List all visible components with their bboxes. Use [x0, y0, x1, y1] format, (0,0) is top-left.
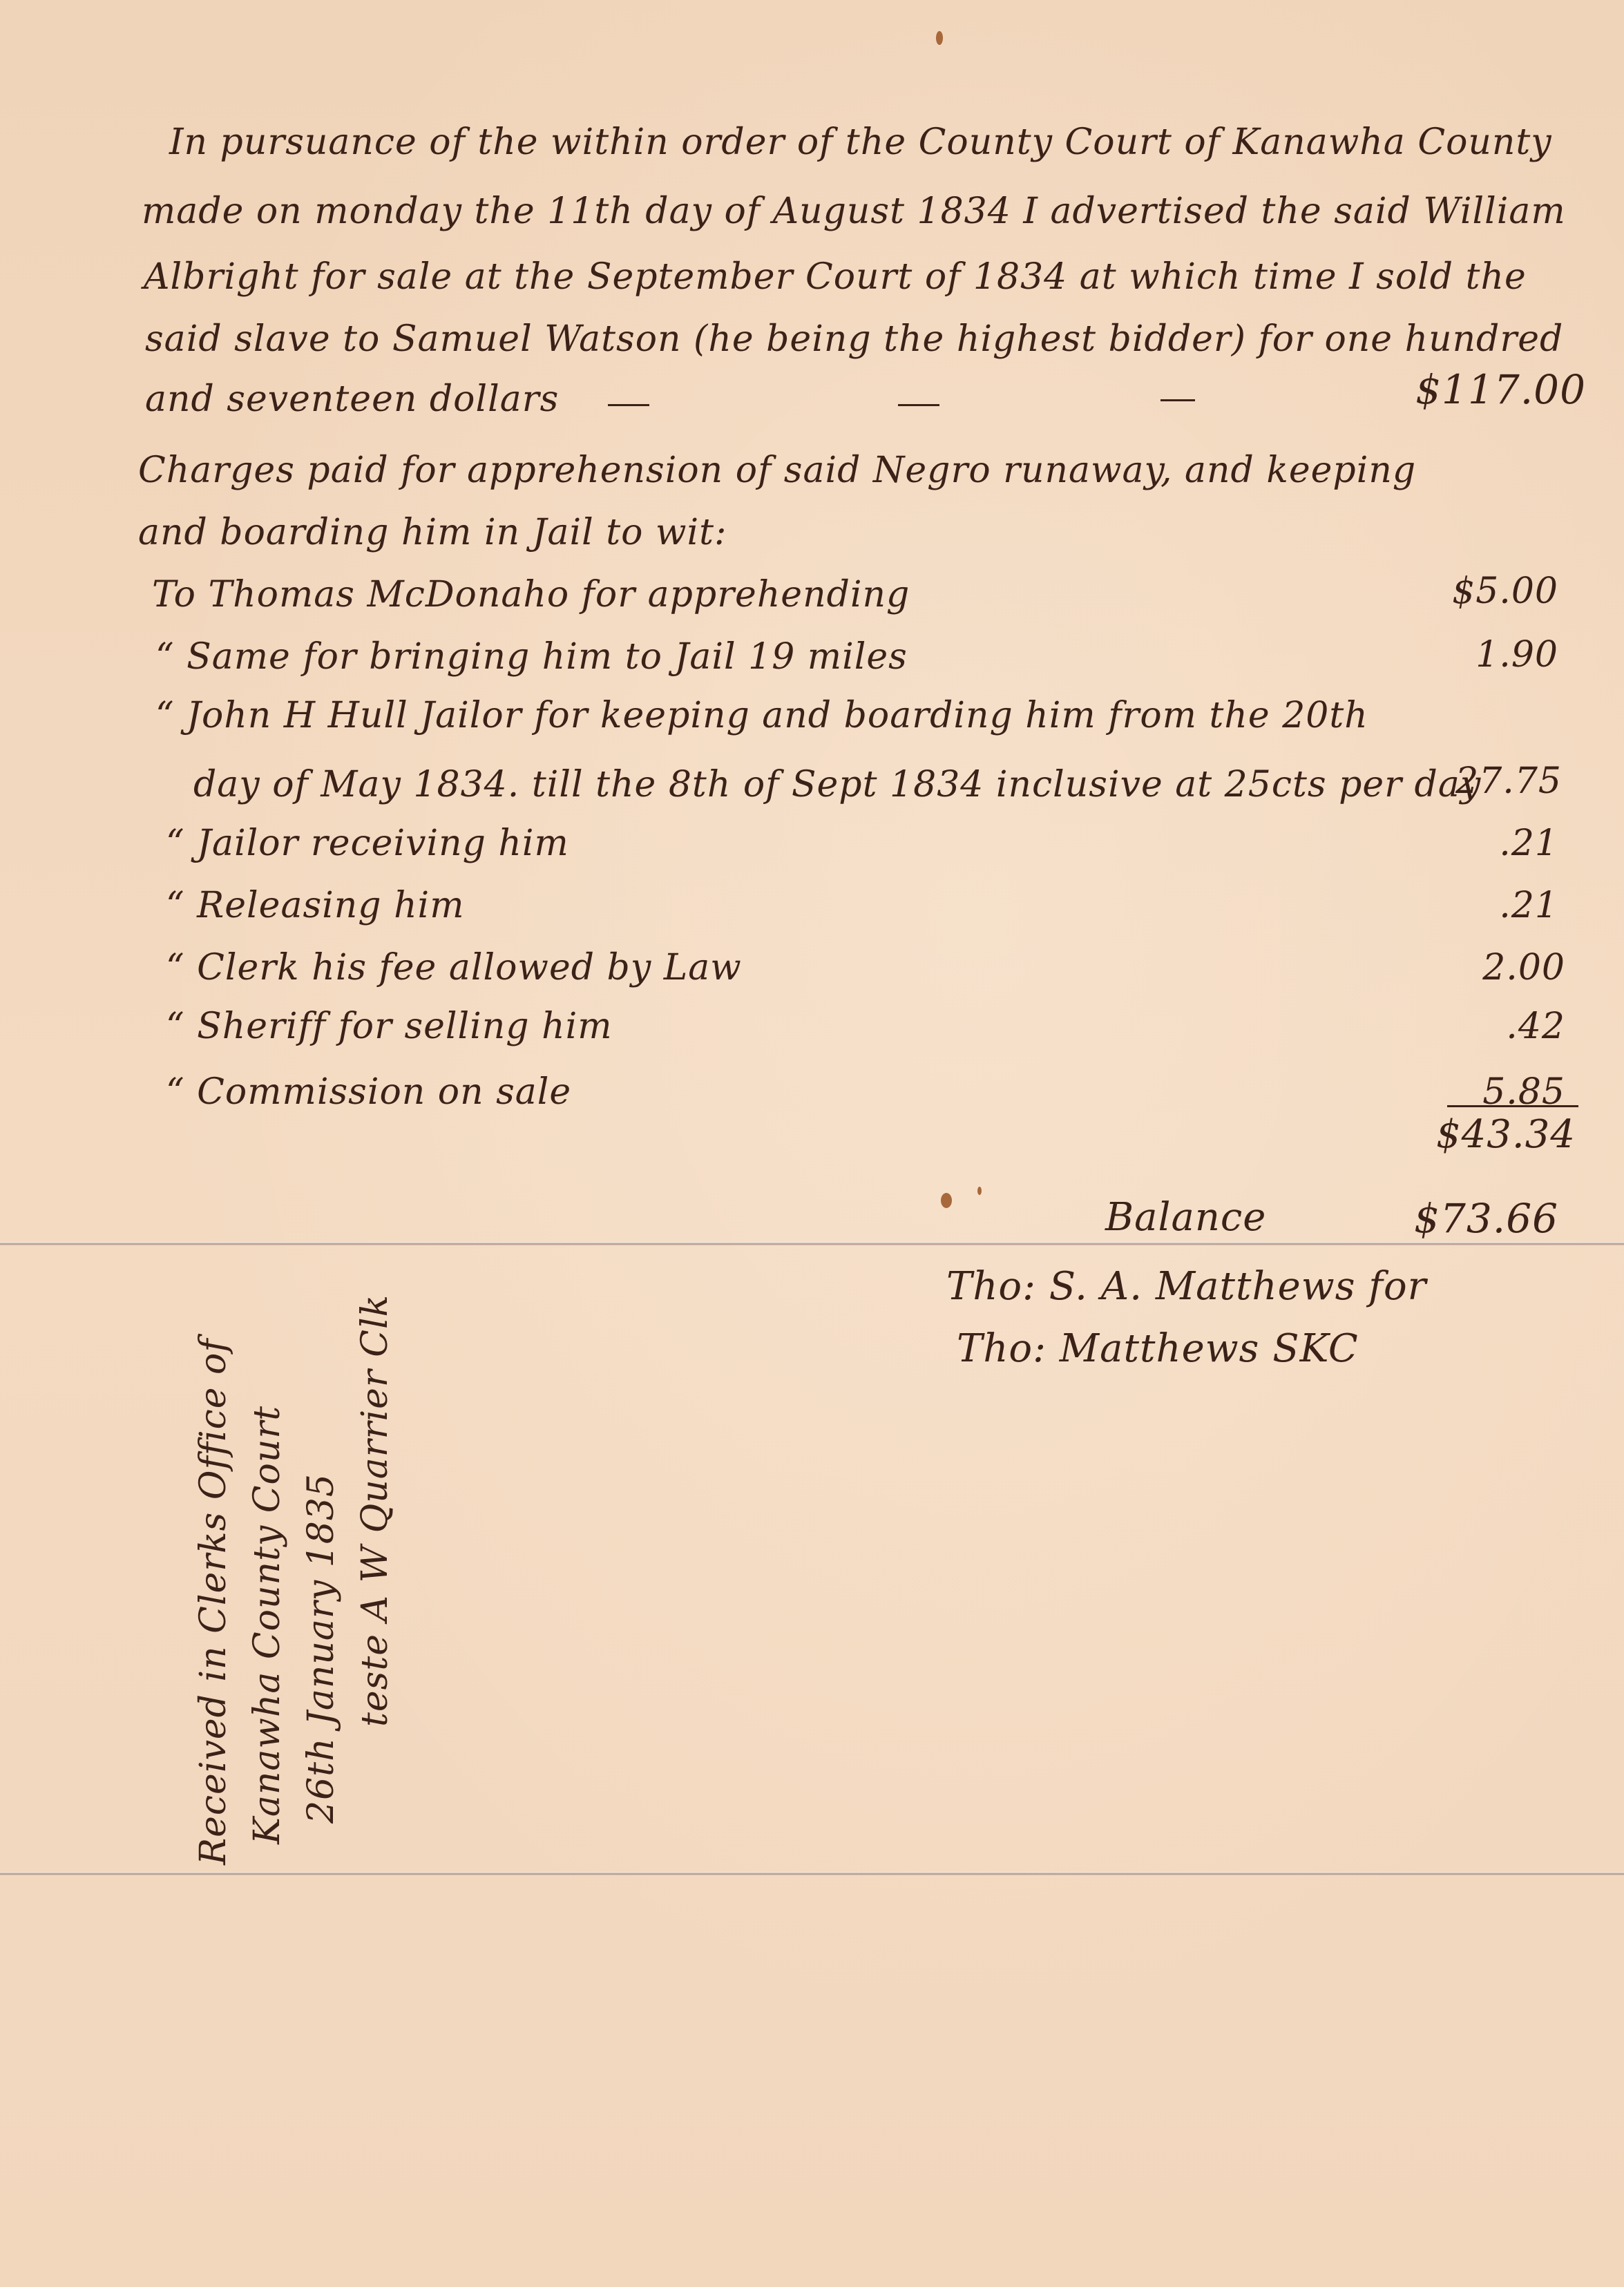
- narrative-line: and seventeen dollars: [145, 381, 559, 417]
- ledger-item-amount: $5.00: [1452, 573, 1558, 609]
- ledger-item-text: “ Jailor receiving him: [166, 825, 569, 861]
- charges-intro-line: Charges paid for apprehension of said Ne…: [138, 452, 1416, 488]
- ink-stain: [941, 1193, 952, 1208]
- filler-dash: [608, 404, 649, 406]
- endorsement-line: Kanawha County Court: [240, 1243, 294, 1865]
- signature-line: Tho: S. A. Matthews for: [946, 1267, 1426, 1306]
- signature-line: Tho: Matthews SKC: [957, 1330, 1359, 1368]
- ink-stain: [936, 31, 943, 45]
- balance-label: Balance: [1105, 1198, 1266, 1237]
- filler-dash: [1160, 399, 1195, 401]
- narrative-line: made on monday the 11th day of August 18…: [142, 193, 1566, 229]
- sale-amount: $117.00: [1415, 370, 1586, 410]
- ledger-item-text: To Thomas McDonaho for apprehending: [152, 577, 910, 613]
- filler-dash: [898, 404, 939, 406]
- endorsement-line: Received in Clerks Office of: [187, 1243, 240, 1865]
- ink-stain: [977, 1187, 982, 1195]
- ledger-total: $43.34: [1436, 1116, 1576, 1154]
- document-page: In pursuance of the within order of the …: [0, 0, 1624, 2287]
- narrative-line: Albright for sale at the September Court…: [144, 259, 1527, 295]
- ledger-item-amount: .42: [1506, 1008, 1565, 1044]
- endorsement-line: teste A W Quarrier Clk: [348, 1243, 402, 1865]
- clerk-endorsement: Received in Clerks Office of Kanawha Cou…: [187, 1243, 402, 1865]
- endorsement-line: 26th January 1835: [294, 1243, 348, 1865]
- ledger-item-amount: 27.75: [1455, 763, 1562, 799]
- ledger-item-amount: 2.00: [1482, 950, 1565, 986]
- ledger-item-text: “ Same for bringing him to Jail 19 miles: [155, 639, 908, 675]
- ledger-item-text: day of May 1834. till the 8th of Sept 18…: [193, 767, 1481, 803]
- balance-amount: $73.66: [1414, 1198, 1558, 1238]
- ledger-item-amount: .21: [1499, 888, 1558, 924]
- ledger-item-text: “ Sheriff for selling him: [166, 1008, 613, 1044]
- ledger-item-text: “ Clerk his fee allowed by Law: [166, 950, 742, 986]
- fold-crease: [0, 1872, 1624, 1876]
- narrative-line: said slave to Samuel Watson (he being th…: [145, 321, 1563, 357]
- total-rule: [1447, 1105, 1578, 1107]
- narrative-line: In pursuance of the within order of the …: [169, 124, 1552, 160]
- ledger-item-text: “ Releasing him: [166, 888, 465, 924]
- ledger-item-amount: .21: [1499, 825, 1558, 861]
- charges-intro-line: and boarding him in Jail to wit:: [138, 515, 727, 551]
- ledger-item-text: “ Commission on sale: [166, 1074, 571, 1110]
- ledger-item-text: “ John H Hull Jailor for keeping and boa…: [155, 698, 1368, 734]
- ledger-item-amount: 1.90: [1475, 637, 1558, 673]
